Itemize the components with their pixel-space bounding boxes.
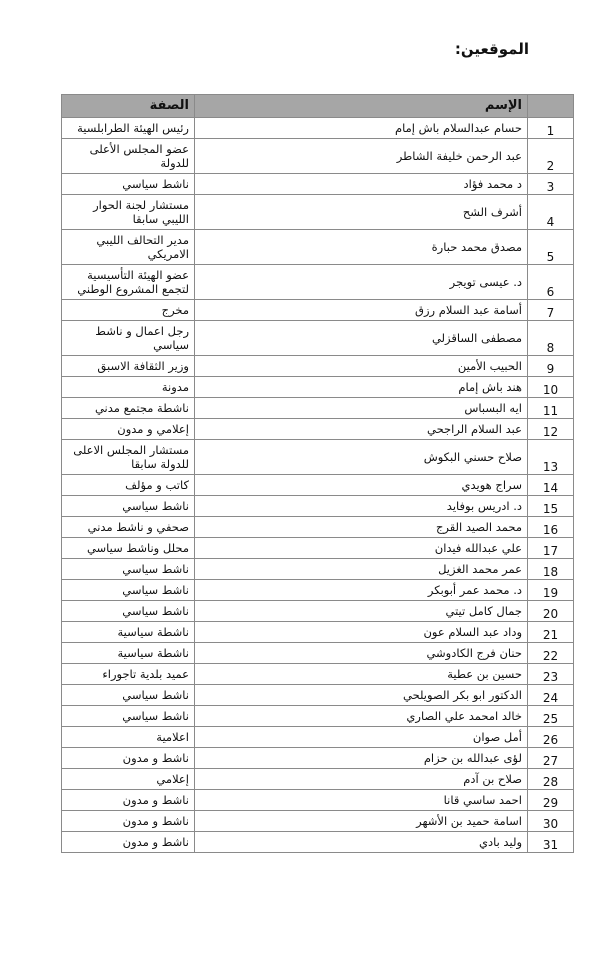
row-number: 26 xyxy=(528,727,574,748)
signer-name: مصدق محمد حبارة xyxy=(195,230,528,265)
table-row: 15د. ادريس بوفايدناشط سياسي xyxy=(62,496,574,517)
row-number: 7 xyxy=(528,300,574,321)
signer-role: محلل وناشط سياسي xyxy=(62,538,195,559)
row-number: 19 xyxy=(528,580,574,601)
signer-role: اعلامية xyxy=(62,727,195,748)
row-number: 13 xyxy=(528,440,574,475)
table-row: 10هند باش إماممدونة xyxy=(62,377,574,398)
signer-name: هند باش إمام xyxy=(195,377,528,398)
signer-name: خالد امحمد علي الصاري xyxy=(195,706,528,727)
signer-role: عميد بلدية تاجوراء xyxy=(62,664,195,685)
row-number: 23 xyxy=(528,664,574,685)
signer-role: ناشط و مدون xyxy=(62,748,195,769)
row-number: 15 xyxy=(528,496,574,517)
row-number: 16 xyxy=(528,517,574,538)
signer-role: وزير الثقافة الاسبق xyxy=(62,356,195,377)
row-number: 11 xyxy=(528,398,574,419)
signer-role: مدير التحالف الليبي الامريكي xyxy=(62,230,195,265)
signer-name: عمر محمد الغزيل xyxy=(195,559,528,580)
table-header-row: الإسم الصفة xyxy=(62,95,574,118)
row-number: 25 xyxy=(528,706,574,727)
signer-name: حسام عبدالسلام باش إمام xyxy=(195,118,528,139)
signer-role: ناشط سياسي xyxy=(62,496,195,517)
signer-role: عضو الهيئة التأسيسية لتجمع المشروع الوطن… xyxy=(62,265,195,300)
signer-name: احمد ساسي قانا xyxy=(195,790,528,811)
table-row: 28صلاح بن آدمإعلامي xyxy=(62,769,574,790)
signer-role: رئيس الهيئة الطرابلسية xyxy=(62,118,195,139)
document-title: الموقعين: xyxy=(455,40,529,58)
table-row: 2عبد الرحمن خليفة الشاطرعضو المجلس الأعل… xyxy=(62,139,574,174)
signer-name: أسامة عبد السلام رزق xyxy=(195,300,528,321)
signer-name: الحبيب الأمين xyxy=(195,356,528,377)
signer-name: د. ادريس بوفايد xyxy=(195,496,528,517)
row-number: 6 xyxy=(528,265,574,300)
row-number: 21 xyxy=(528,622,574,643)
signer-role: إعلامي و مدون xyxy=(62,419,195,440)
signer-role: إعلامي xyxy=(62,769,195,790)
row-number: 18 xyxy=(528,559,574,580)
signers-table: الإسم الصفة 1حسام عبدالسلام باش إمامرئيس… xyxy=(61,94,574,853)
signer-role: ناشط سياسي xyxy=(62,580,195,601)
signer-name: مصطفى الساقزلي xyxy=(195,321,528,356)
table-row: 21وداد عبد السلام عونناشطة سياسية xyxy=(62,622,574,643)
table-row: 25خالد امحمد علي الصاريناشط سياسي xyxy=(62,706,574,727)
row-number: 29 xyxy=(528,790,574,811)
row-number: 27 xyxy=(528,748,574,769)
signer-name: عبد السلام الراجحي xyxy=(195,419,528,440)
signer-name: حنان فرج الكادوشي xyxy=(195,643,528,664)
signer-name: اسامة حميد بن الأشهر xyxy=(195,811,528,832)
table-row: 14سراج هويديكاتب و مؤلف xyxy=(62,475,574,496)
signer-name: عبد الرحمن خليفة الشاطر xyxy=(195,139,528,174)
signer-role: مستشار المجلس الاعلى للدولة سابقا xyxy=(62,440,195,475)
table-row: 6د. عيسى تويجرعضو الهيئة التأسيسية لتجمع… xyxy=(62,265,574,300)
table-row: 1حسام عبدالسلام باش إمامرئيس الهيئة الطر… xyxy=(62,118,574,139)
signer-role: مستشار لجنة الحوار الليبي سابقا xyxy=(62,195,195,230)
table-row: 27لؤى عبدالله بن حزامناشط و مدون xyxy=(62,748,574,769)
row-number: 4 xyxy=(528,195,574,230)
signer-name: لؤى عبدالله بن حزام xyxy=(195,748,528,769)
table-row: 22حنان فرج الكادوشيناشطة سياسية xyxy=(62,643,574,664)
row-number: 1 xyxy=(528,118,574,139)
row-number: 5 xyxy=(528,230,574,265)
table-row: 16محمد الصيد القرجصحفي و ناشط مدني xyxy=(62,517,574,538)
signer-role: ناشط و مدون xyxy=(62,811,195,832)
signer-name: أشرف الشح xyxy=(195,195,528,230)
table-row: 11ايه البسباسناشطة مجتمع مدني xyxy=(62,398,574,419)
row-number: 31 xyxy=(528,832,574,853)
signer-name: جمال كامل تيتي xyxy=(195,601,528,622)
signer-role: صحفي و ناشط مدني xyxy=(62,517,195,538)
row-number: 12 xyxy=(528,419,574,440)
signer-name: وليد بادي xyxy=(195,832,528,853)
signer-name: وداد عبد السلام عون xyxy=(195,622,528,643)
table-row: 18عمر محمد الغزيلناشط سياسي xyxy=(62,559,574,580)
signer-role: ناشطة مجتمع مدني xyxy=(62,398,195,419)
row-number: 17 xyxy=(528,538,574,559)
table-row: 9الحبيب الأمينوزير الثقافة الاسبق xyxy=(62,356,574,377)
row-number: 2 xyxy=(528,139,574,174)
header-number xyxy=(528,95,574,118)
signer-role: ناشطة سياسية xyxy=(62,643,195,664)
row-number: 8 xyxy=(528,321,574,356)
row-number: 28 xyxy=(528,769,574,790)
table-row: 4أشرف الشحمستشار لجنة الحوار الليبي سابق… xyxy=(62,195,574,230)
table-row: 17علي عبدالله فيدانمحلل وناشط سياسي xyxy=(62,538,574,559)
signer-role: ناشط سياسي xyxy=(62,685,195,706)
row-number: 24 xyxy=(528,685,574,706)
signer-name: صلاح بن آدم xyxy=(195,769,528,790)
table-row: 24الدكتور ابو بكر الصويلحيناشط سياسي xyxy=(62,685,574,706)
signer-role: ناشط سياسي xyxy=(62,174,195,195)
table-row: 23حسين بن عطيةعميد بلدية تاجوراء xyxy=(62,664,574,685)
signer-role: ناشط و مدون xyxy=(62,790,195,811)
signer-name: محمد الصيد القرج xyxy=(195,517,528,538)
signer-role: كاتب و مؤلف xyxy=(62,475,195,496)
signer-role: ناشط سياسي xyxy=(62,706,195,727)
signer-role: ناشط و مدون xyxy=(62,832,195,853)
table-row: 26أمل صواناعلامية xyxy=(62,727,574,748)
header-role: الصفة xyxy=(62,95,195,118)
signer-name: د. عيسى تويجر xyxy=(195,265,528,300)
table-row: 8مصطفى الساقزليرجل اعمال و ناشط سياسي xyxy=(62,321,574,356)
signer-role: عضو المجلس الأعلى للدولة xyxy=(62,139,195,174)
row-number: 22 xyxy=(528,643,574,664)
row-number: 9 xyxy=(528,356,574,377)
signer-role: مخرج xyxy=(62,300,195,321)
table-row: 29احمد ساسي قاناناشط و مدون xyxy=(62,790,574,811)
table-row: 7أسامة عبد السلام رزقمخرج xyxy=(62,300,574,321)
table-row: 19د. محمد عمر أبوبكرناشط سياسي xyxy=(62,580,574,601)
table-row: 20جمال كامل تيتيناشط سياسي xyxy=(62,601,574,622)
signer-name: حسين بن عطية xyxy=(195,664,528,685)
signer-role: ناشط سياسي xyxy=(62,559,195,580)
signer-name: سراج هويدي xyxy=(195,475,528,496)
signer-role: ناشط سياسي xyxy=(62,601,195,622)
signer-name: د. محمد عمر أبوبكر xyxy=(195,580,528,601)
signer-name: صلاح حسني البكوش xyxy=(195,440,528,475)
signer-name: ايه البسباس xyxy=(195,398,528,419)
signer-role: مدونة xyxy=(62,377,195,398)
signer-name: أمل صوان xyxy=(195,727,528,748)
table-row: 12عبد السلام الراجحيإعلامي و مدون xyxy=(62,419,574,440)
signer-role: رجل اعمال و ناشط سياسي xyxy=(62,321,195,356)
row-number: 14 xyxy=(528,475,574,496)
signer-name: الدكتور ابو بكر الصويلحي xyxy=(195,685,528,706)
signer-name: علي عبدالله فيدان xyxy=(195,538,528,559)
table-row: 3د محمد فؤادناشط سياسي xyxy=(62,174,574,195)
signer-role: ناشطة سياسية xyxy=(62,622,195,643)
table-row: 31وليد باديناشط و مدون xyxy=(62,832,574,853)
table-row: 30اسامة حميد بن الأشهرناشط و مدون xyxy=(62,811,574,832)
header-name: الإسم xyxy=(195,95,528,118)
row-number: 3 xyxy=(528,174,574,195)
row-number: 10 xyxy=(528,377,574,398)
row-number: 20 xyxy=(528,601,574,622)
table-row: 13صلاح حسني البكوشمستشار المجلس الاعلى ل… xyxy=(62,440,574,475)
signer-name: د محمد فؤاد xyxy=(195,174,528,195)
table-row: 5مصدق محمد حبارةمدير التحالف الليبي الام… xyxy=(62,230,574,265)
row-number: 30 xyxy=(528,811,574,832)
